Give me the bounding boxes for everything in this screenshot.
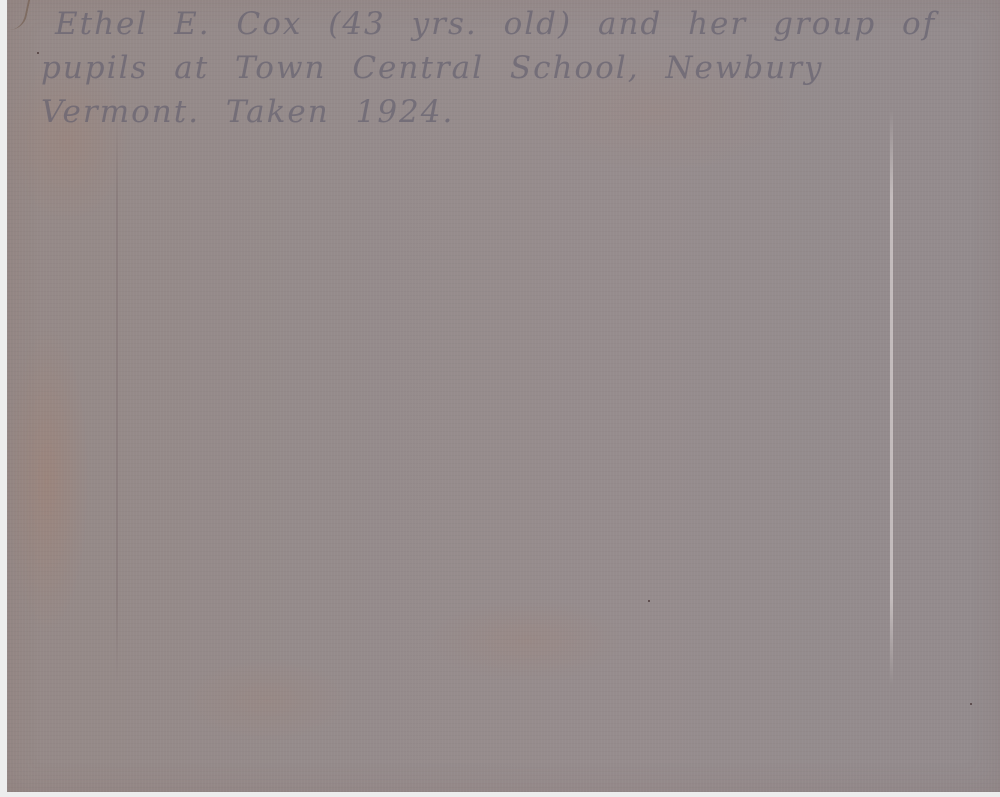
pencil-inscription: Ethel E. Cox (43 yrs. old) and her group… xyxy=(37,2,987,134)
right-mount-crease xyxy=(890,110,893,685)
left-mount-crease xyxy=(116,110,118,685)
inscription-line-3: Vermont. Taken 1924. xyxy=(37,90,987,134)
inscription-line-1: Ethel E. Cox (43 yrs. old) and her group… xyxy=(37,2,987,46)
dust-speck xyxy=(970,703,972,705)
dust-speck xyxy=(37,52,39,54)
scanner-background: Ethel E. Cox (43 yrs. old) and her group… xyxy=(0,0,1000,797)
bent-corner xyxy=(4,0,30,30)
inscription-line-2: pupils at Town Central School, Newbury xyxy=(37,46,987,90)
dust-speck xyxy=(648,600,650,602)
photo-card-back: Ethel E. Cox (43 yrs. old) and her group… xyxy=(7,0,1000,792)
